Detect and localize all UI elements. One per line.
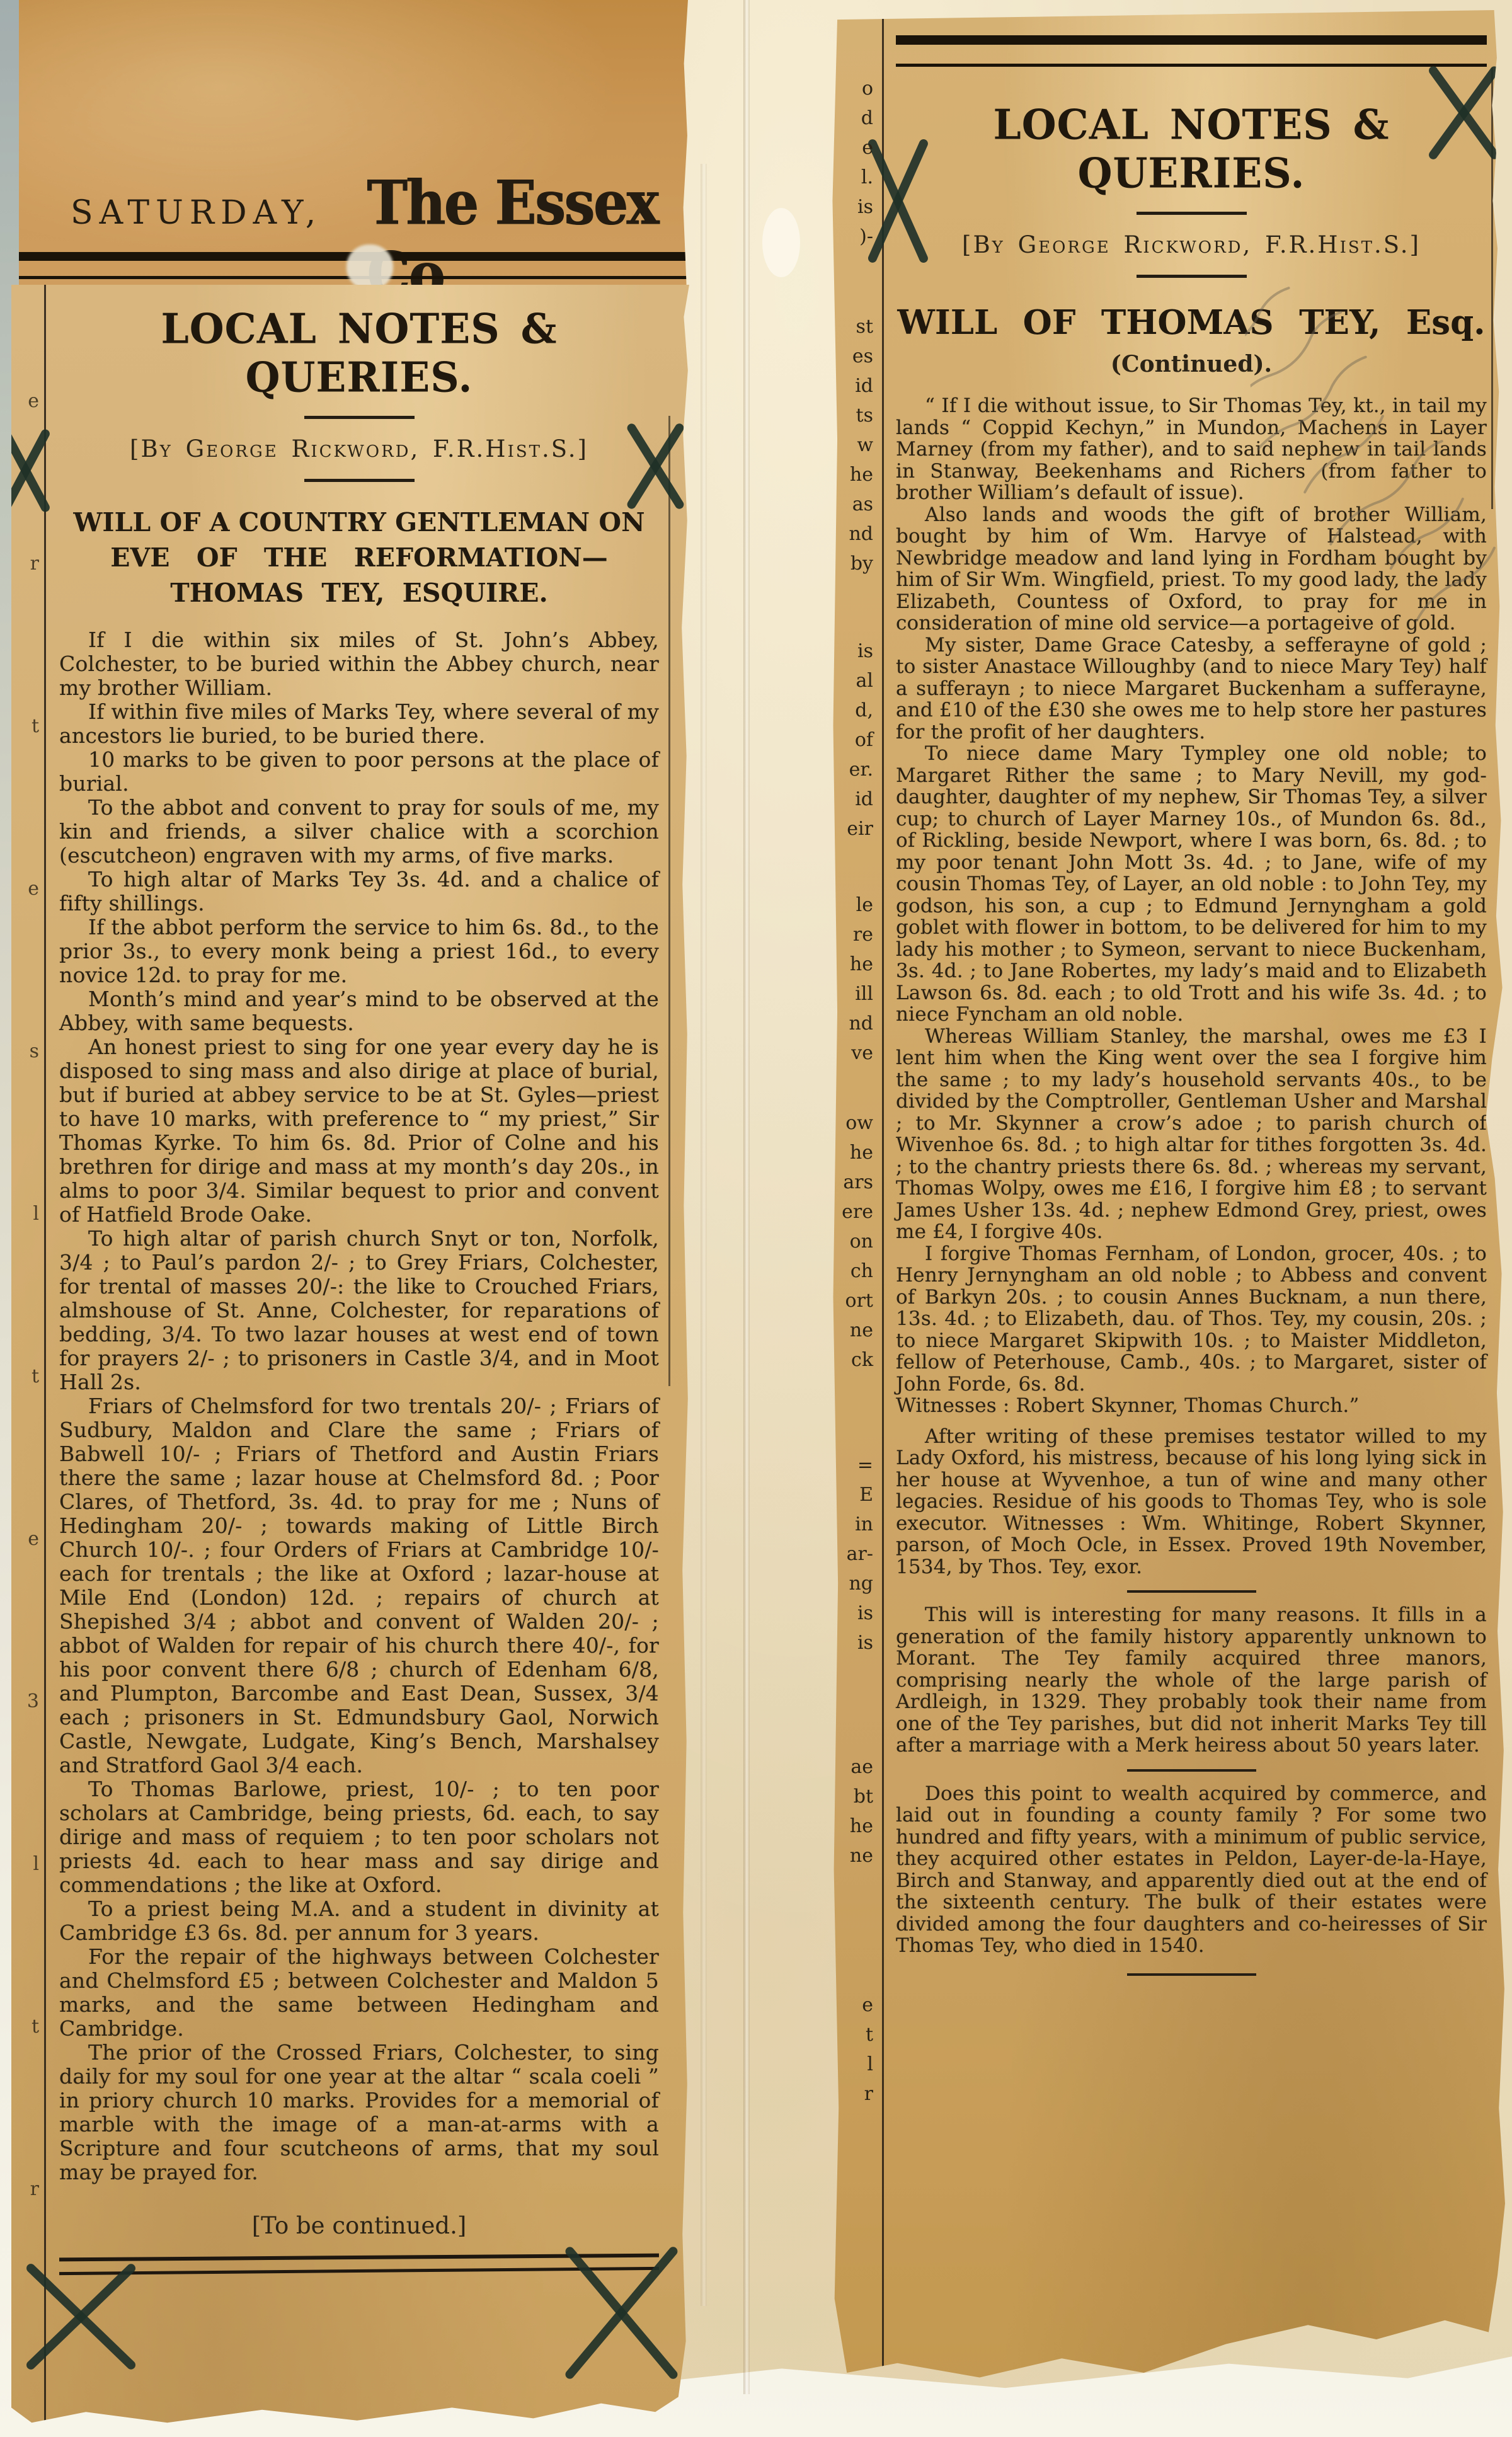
masthead-day: SATURDAY, — [71, 194, 322, 232]
paragraph: This will is interesting for many reason… — [896, 1604, 1487, 1757]
paragraph: Whereas William Stanley, the marshal, ow… — [896, 1026, 1487, 1243]
section-rule — [1127, 1769, 1256, 1772]
margin-fragment: nd — [832, 525, 873, 554]
margin-fragment: he — [832, 1817, 873, 1847]
margin-fragment: he — [832, 955, 873, 985]
divider-rule — [304, 479, 415, 482]
margin-fragment: t — [13, 1367, 39, 1530]
left-margin-fragments: odel.is)-stesidtswheasndbyisald,ofer.ide… — [832, 79, 876, 2114]
margin-fragment: ill — [832, 985, 873, 1014]
margin-fragment: eir — [832, 820, 873, 849]
margin-fragment: t — [13, 2017, 39, 2180]
margin-fragment: ck — [832, 1351, 873, 1380]
margin-fragment: al — [832, 672, 873, 701]
section-rule — [1127, 1590, 1256, 1593]
margin-fragment: ch — [832, 1262, 873, 1292]
margin-fragment: ne — [832, 1847, 873, 1876]
left-margin-fragments: erteslte3ltr — [13, 392, 39, 2342]
margin-fragment: e — [13, 392, 39, 554]
paragraph: Month’s mind and year’s mind to be obser… — [59, 987, 659, 1035]
witness-line: Witnesses : Robert Skynner, Thomas Churc… — [896, 1395, 1487, 1417]
headline-line: EVE OF THE REFORMATION— — [59, 540, 659, 575]
article-headline: WILL OF A COUNTRY GENTLEMAN ON EVE OF TH… — [59, 505, 659, 611]
to-be-continued: [To be continued.] — [59, 2212, 659, 2239]
paragraph: To Thomas Barlowe, priest, 10/- ; to ten… — [59, 1777, 659, 1897]
bottom-double-rule — [59, 2256, 659, 2273]
right-clipping: odel.is)-stesidtswheasndbyisald,ofer.ide… — [829, 10, 1512, 2394]
margin-fragment: r — [13, 554, 39, 717]
margin-fragment: id — [832, 790, 873, 820]
paragraph: If I die within six miles of St. John’s … — [59, 628, 659, 700]
article-body: After writing of these premises testator… — [896, 1426, 1487, 1578]
divider-rule — [1137, 275, 1247, 278]
margin-fragment: d, — [832, 701, 873, 731]
section-title: LOCAL NOTES & QUERIES. — [59, 304, 659, 401]
margin-fragment: as — [832, 495, 873, 525]
divider-rule — [304, 416, 415, 419]
paint-blob — [346, 244, 393, 290]
margin-fragment: s — [13, 1042, 39, 1205]
margin-fragment: e — [13, 1530, 39, 1692]
margin-fragment: ort — [832, 1292, 873, 1321]
divider-rule — [1137, 212, 1247, 215]
margin-fragment: is — [832, 198, 873, 227]
top-double-rule — [896, 35, 1487, 67]
paragraph: The prior of the Crossed Friars, Colches… — [59, 2041, 659, 2184]
margin-fragment: on — [832, 1232, 873, 1262]
margin-fragment: le — [832, 896, 873, 926]
margin-fragment: bt — [832, 1787, 873, 1817]
margin-fragment: is — [832, 642, 873, 672]
margin-fragment: he — [832, 466, 873, 495]
margin-fragment: ts — [832, 406, 873, 436]
margin-fragment: ars — [832, 1173, 873, 1203]
paragraph: For the repair of the highways between C… — [59, 1945, 659, 2041]
margin-fragment: e — [13, 880, 39, 1042]
margin-fragment: nd — [832, 1014, 873, 1044]
headline-line: WILL OF A COUNTRY GENTLEMAN ON — [59, 505, 659, 540]
margin-fragment: ow — [832, 1114, 873, 1144]
paragraph: To high altar of parish church Snyt or t… — [59, 1227, 659, 1394]
margin-fragment: ae — [832, 1758, 873, 1787]
margin-fragment: ere — [832, 1203, 873, 1232]
margin-fragment: w — [832, 436, 873, 466]
margin-fragment: is — [832, 1604, 873, 1634]
margin-fragment: 3 — [13, 1692, 39, 1855]
margin-fragment: re — [832, 926, 873, 955]
margin-fragment: r — [13, 2180, 39, 2342]
paper-crease — [701, 164, 707, 2306]
margin-fragment: )- — [832, 227, 873, 257]
margin-fragment: he — [832, 1144, 873, 1173]
paragraph: Friars of Chelmsford for two trentals 20… — [59, 1394, 659, 1777]
paragraph: After writing of these premises testator… — [896, 1426, 1487, 1578]
margin-fragment: es — [832, 347, 873, 377]
paragraph: If within five miles of Marks Tey, where… — [59, 700, 659, 748]
paragraph: To high altar of Marks Tey 3s. 4d. and a… — [59, 868, 659, 915]
margin-fragment: ve — [832, 1044, 873, 1074]
margin-fragment: l. — [832, 168, 873, 198]
paragraph: I forgive Thomas Fernham, of London, gro… — [896, 1243, 1487, 1396]
margin-fragment: l — [13, 1205, 39, 1367]
paper-crease — [743, 0, 750, 2394]
margin-fragment: st — [832, 318, 873, 347]
margin-fragment: is — [832, 1634, 873, 1663]
left-clipping: erteslte3ltr LOCAL NOTES & QUERIES. [By … — [11, 285, 689, 2427]
paragraph: If the abbot perform the service to him … — [59, 915, 659, 987]
margin-fragment: t — [832, 2026, 873, 2055]
scanned-document: { "masthead": { "day": "SATURDAY,", "pap… — [0, 0, 1512, 2437]
masthead-strip: SATURDAY, The Essex Co — [19, 0, 688, 289]
margin-fragment: t — [13, 717, 39, 880]
margin-fragment: E — [832, 1486, 873, 1515]
byline: [By George Rickword, F.R.Hist.S.] — [59, 435, 659, 462]
margin-fragment: id — [832, 377, 873, 406]
margin-fragment: ar- — [832, 1545, 873, 1574]
paragraph: 10 marks to be given to poor persons at … — [59, 748, 659, 796]
margin-fragment: of — [832, 731, 873, 760]
margin-fragment: = — [832, 1456, 873, 1486]
margin-fragment: d — [832, 109, 873, 139]
margin-fragment: in — [832, 1515, 873, 1545]
article-body: If I die within six miles of St. John’s … — [59, 628, 659, 2184]
article-body: Does this point to wealth acquired by co… — [896, 1783, 1487, 1957]
margin-fragment: o — [832, 79, 873, 109]
paragraph: Does this point to wealth acquired by co… — [896, 1783, 1487, 1957]
margin-fragment: ne — [832, 1321, 873, 1351]
paragraph: To niece dame Mary Tympley one old noble… — [896, 743, 1487, 1026]
margin-fragment: e — [832, 139, 873, 168]
paragraph: An honest priest to sing for one year ev… — [59, 1035, 659, 1227]
margin-fragment: er. — [832, 760, 873, 790]
margin-fragment: l — [13, 1855, 39, 2017]
column-rule — [882, 10, 884, 2394]
article-body: This will is interesting for many reason… — [896, 1604, 1487, 1757]
section-rule — [1127, 1973, 1256, 1976]
headline-line: THOMAS TEY, ESQUIRE. — [59, 575, 659, 611]
margin-fragment: by — [832, 554, 873, 584]
paragraph: To a priest being M.A. and a student in … — [59, 1897, 659, 1945]
margin-fragment: e — [832, 1996, 873, 2026]
paragraph: To the abbot and convent to pray for sou… — [59, 796, 659, 868]
column-rule — [44, 285, 46, 2427]
